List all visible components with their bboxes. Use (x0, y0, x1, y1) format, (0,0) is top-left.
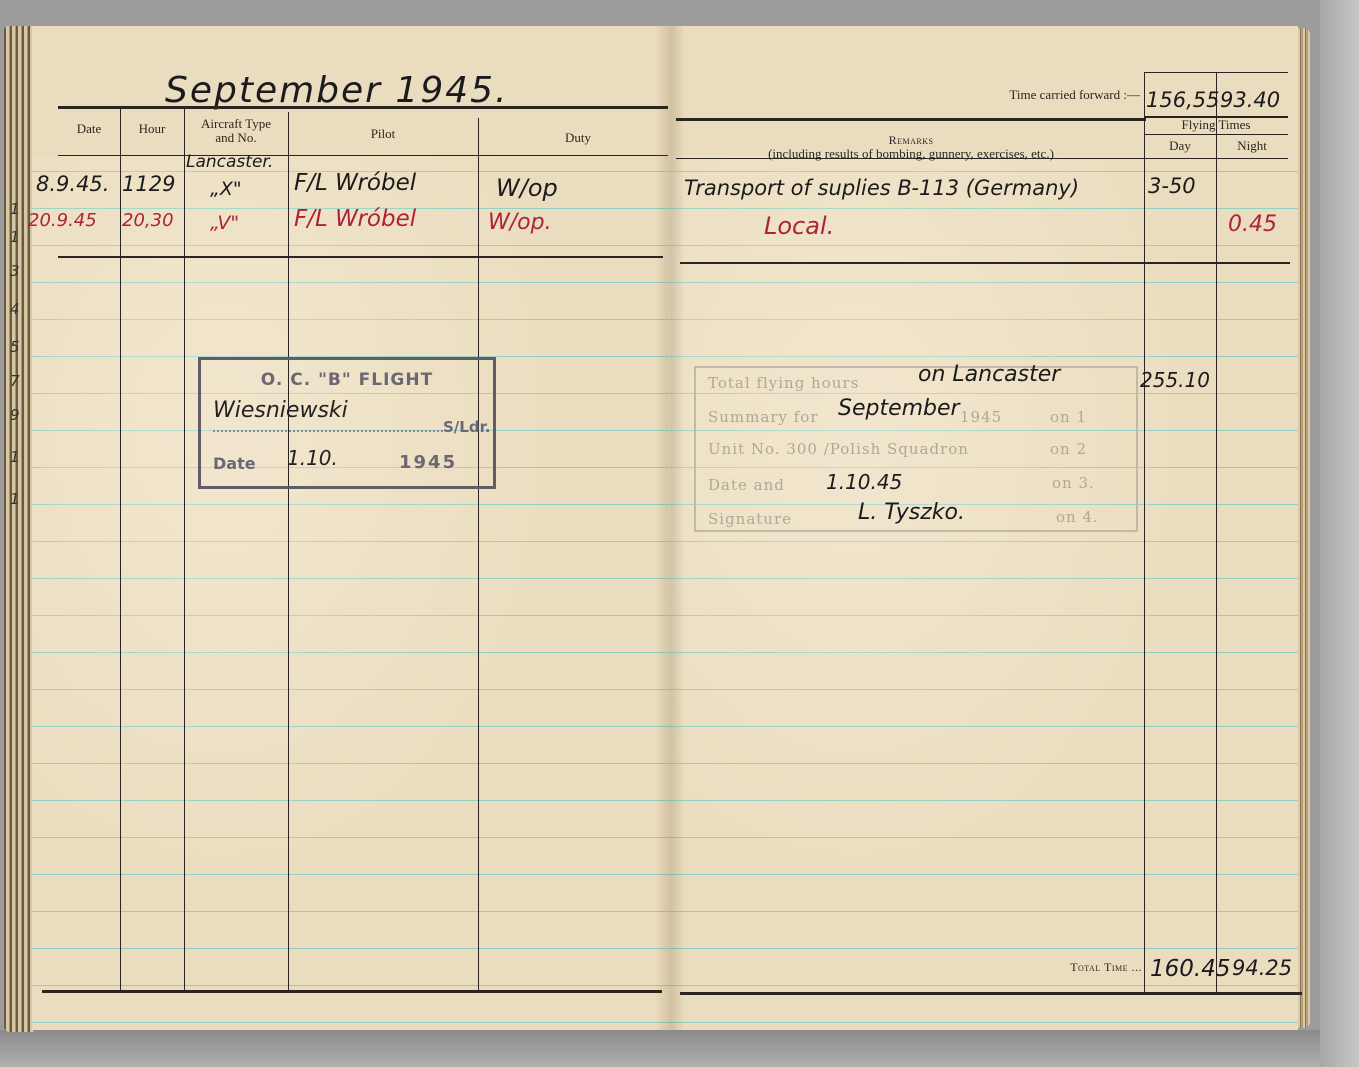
stamp-signature: Wiesniewski (213, 398, 348, 423)
col-divider-remarks-day (1144, 72, 1145, 992)
margin-number: 3 (10, 262, 20, 280)
entry-1-date: 8.9.45. (36, 172, 109, 196)
book-page-edges-right (1296, 28, 1310, 1028)
stamp-date-label: Date (213, 454, 256, 473)
carried-forward-day: 156,55 (1146, 88, 1219, 112)
col-divider-aircraft-pilot (288, 112, 289, 990)
header-pilot: Pilot (288, 127, 478, 141)
stamp-date-value: 1.10. (287, 446, 338, 470)
left-bottom-rule (42, 990, 662, 993)
summary-on-3: on 3. (1052, 474, 1095, 492)
entry-2-duty: W/op. (488, 210, 552, 235)
summary-signature-label: Signature (708, 510, 792, 528)
month-heading: September 1945. (165, 70, 509, 111)
header-hour: Hour (120, 122, 184, 136)
summary-total-hours-hand: on Lancaster (918, 362, 1060, 387)
stamp-title: O. C. "B" FLIGHT (201, 370, 493, 390)
book-gutter (655, 26, 685, 1030)
header-date: Date (58, 122, 120, 136)
remarks-header: Remarks (676, 133, 1146, 147)
entry-2-pilot: F/L Wróbel (294, 206, 416, 232)
entry-2-remarks: Local. (764, 212, 834, 240)
entry-1-day: 3-50 (1148, 174, 1196, 198)
summary-signature-hand: L. Tyszko. (858, 500, 965, 525)
background-table (0, 1030, 1359, 1067)
time-carried-forward-label: Time carried forward :— (960, 88, 1140, 102)
entry-2-date: 20.9.45 (28, 210, 97, 231)
stamp-dotted-line (213, 430, 443, 432)
left-header-bottom-rule (58, 155, 668, 156)
right-top-rule (676, 118, 1146, 121)
left-top-rule (58, 106, 668, 109)
summary-date-hand: 1.10.45 (826, 470, 902, 494)
total-time-night: 94.25 (1232, 956, 1292, 980)
margin-number: 1 (10, 228, 20, 246)
remarks-subheader: (including results of bombing, gunnery, … (676, 147, 1146, 161)
entry-1-aircraft: „X" (210, 178, 242, 200)
total-time-day: 160.45 (1150, 956, 1230, 982)
margin-number: 1 (10, 200, 20, 218)
col-divider-hour-aircraft (184, 108, 185, 990)
left-entries-bottom-rule (58, 256, 663, 258)
day-header: Day (1144, 139, 1216, 153)
summary-for-label: Summary for (708, 408, 819, 426)
summary-for-hand: September (838, 396, 960, 421)
header-aircraft: Aircraft Type and No. (196, 117, 276, 145)
total-time-label: Total Time ... (1000, 960, 1142, 974)
summary-on-2: on 2 (1050, 440, 1087, 458)
summary-date-label: Date and (708, 476, 785, 494)
entry-2-hour: 20,30 (122, 210, 174, 231)
summary-total-hours-value: 255.10 (1140, 368, 1210, 392)
summary-for-printed: 1945 (960, 408, 1002, 426)
col-divider-day-night (1216, 72, 1217, 992)
margin-number: 4 (10, 300, 20, 318)
carried-forward-night: 93.40 (1220, 88, 1280, 112)
entry-2-aircraft: „V" (210, 212, 239, 234)
oc-flight-stamp: O. C. "B" FLIGHT Wiesniewski S/Ldr. Date… (198, 357, 496, 489)
right-entries-bottom-rule (680, 262, 1290, 264)
flying-times-header: Flying Times (1144, 118, 1288, 132)
col-divider-pilot-duty (478, 118, 479, 990)
header-duty: Duty (478, 131, 678, 145)
stamp-year: 1945 (399, 452, 457, 473)
entry-1-hour: 1129 (122, 172, 175, 196)
entry-1-pilot: F/L Wróbel (294, 170, 416, 196)
summary-unit-label: Unit No. 300 /Polish Squadron (708, 440, 969, 458)
background-table-right (1320, 0, 1359, 1067)
stamp-rank: S/Ldr. (443, 418, 491, 436)
margin-number: 5 (10, 338, 20, 356)
night-header: Night (1216, 139, 1288, 153)
aircraft-type-note: Lancaster. (186, 152, 273, 172)
entry-2-night: 0.45 (1228, 212, 1277, 237)
summary-on-1: on 1 (1050, 408, 1087, 426)
margin-number: 9 (10, 406, 20, 424)
margin-number: 7 (10, 372, 20, 390)
col-divider-date-hour (120, 108, 121, 990)
summary-on-4: on 4. (1056, 508, 1099, 526)
right-bottom-rule (680, 992, 1302, 995)
entry-1-remarks: Transport of suplies B-113 (Germany) (684, 176, 1079, 200)
entry-1-duty: W/op (496, 174, 558, 202)
margin-number: 1 (10, 490, 20, 508)
summary-total-hours-label: Total flying hours (708, 374, 859, 392)
book-page-edges-left (4, 26, 34, 1032)
margin-number: 1 (10, 448, 20, 466)
